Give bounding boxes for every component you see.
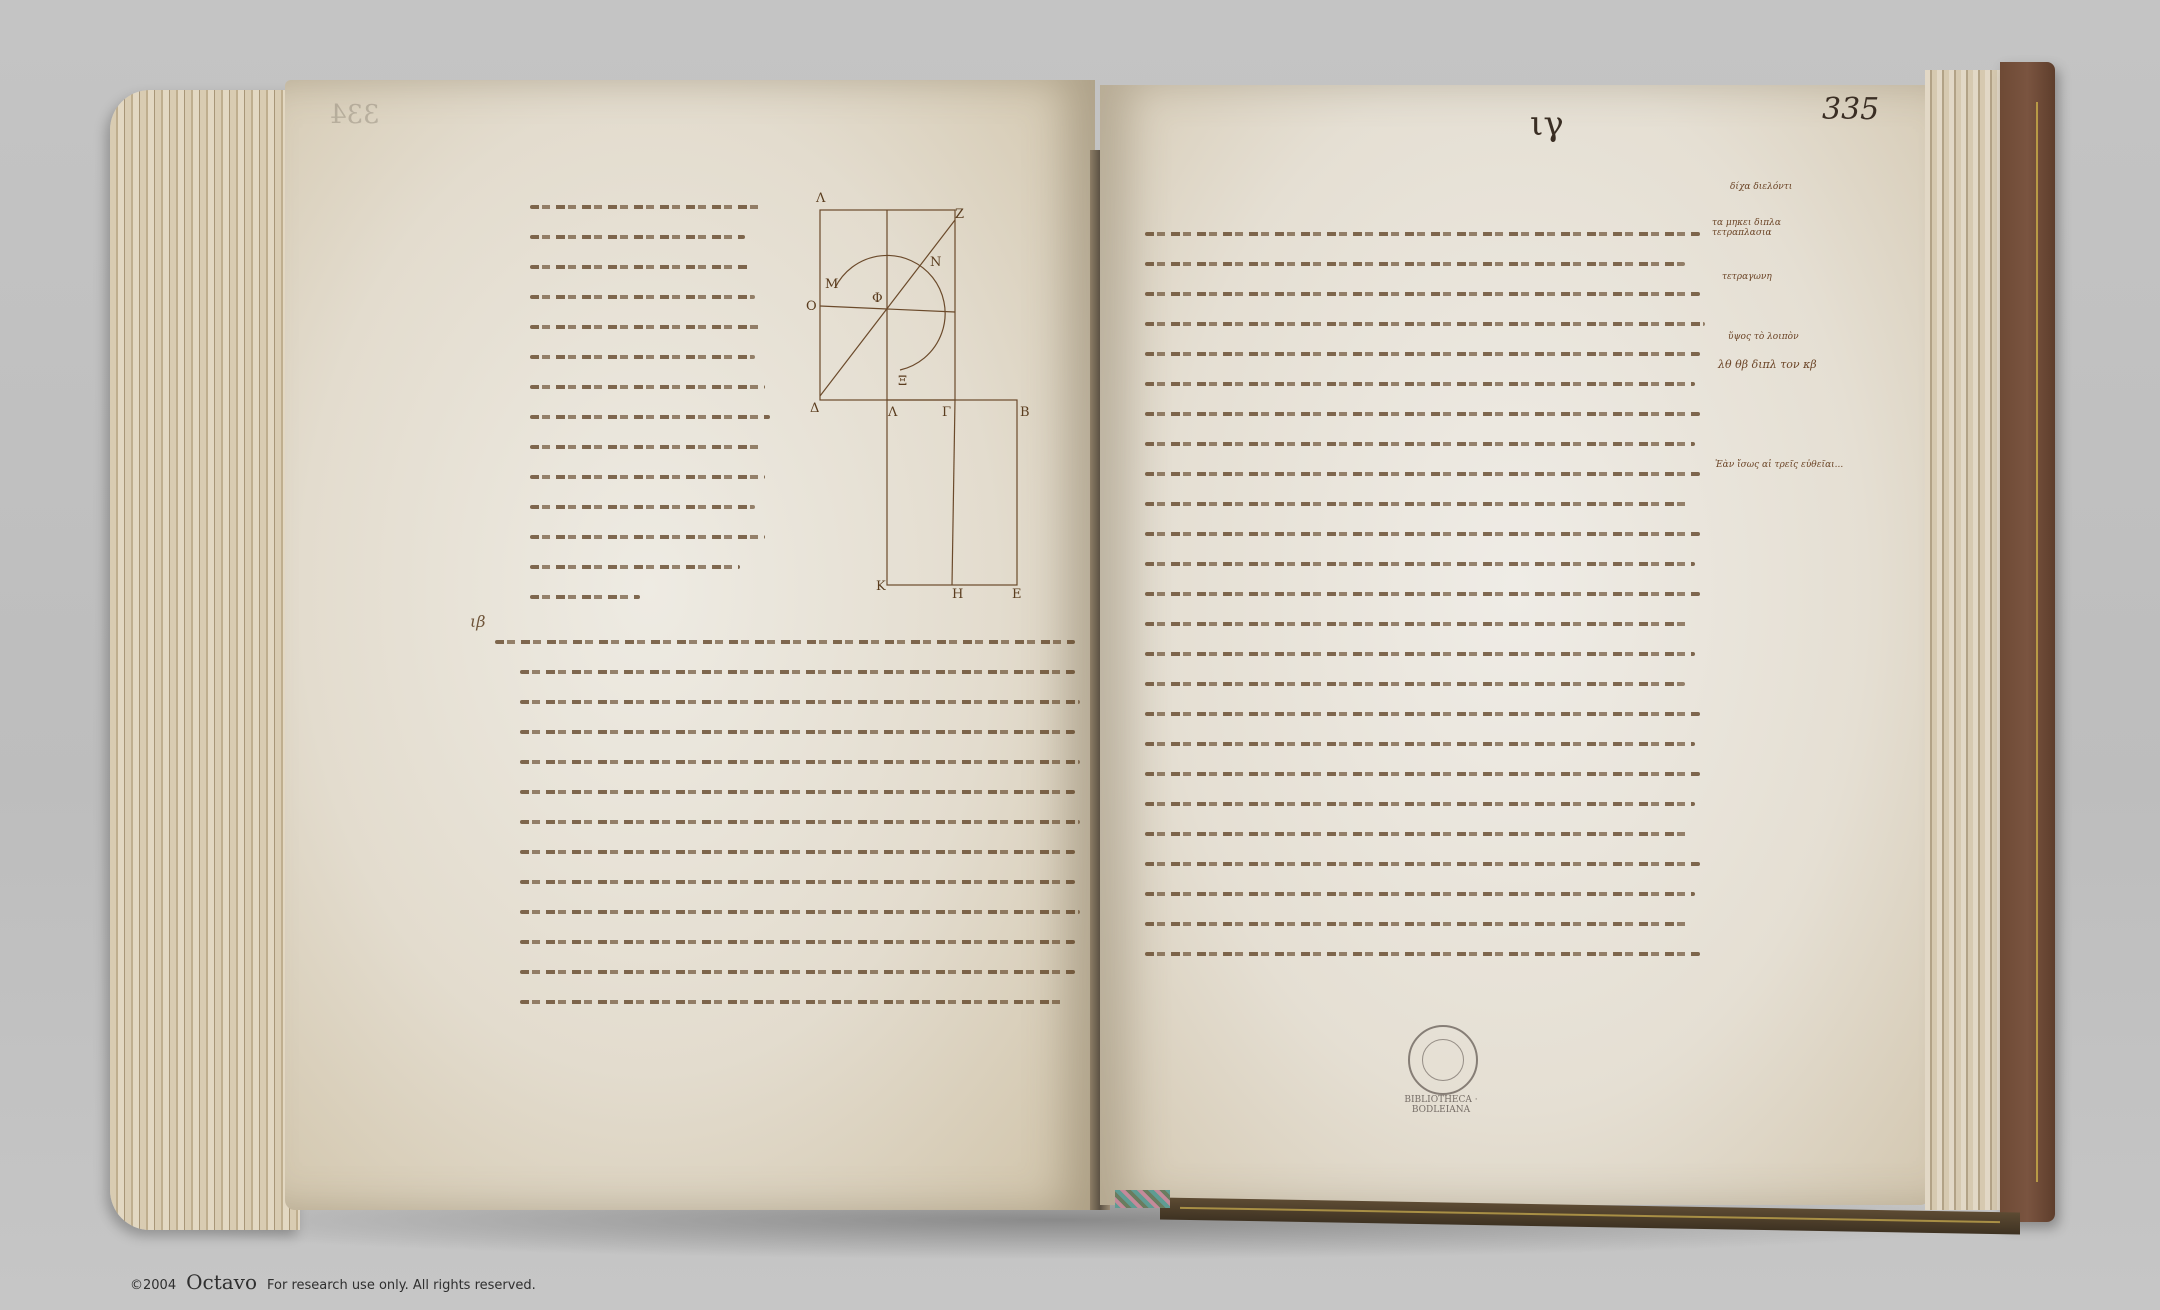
copyright-text: ©2004	[130, 1278, 176, 1293]
library-stamp-text: BIBLIOTHECA · BODLEIANA	[1386, 1095, 1496, 1115]
folio-number: 335	[1822, 92, 1879, 127]
right-page-stack	[1925, 70, 2005, 1210]
paragraph-marker: ιβ	[470, 612, 486, 631]
diagram-label-kappa: Κ	[876, 579, 886, 594]
diagram-label-zeta: Ζ	[955, 207, 964, 222]
margin-note: δίχα διελόντι	[1730, 182, 1792, 192]
margin-note: Ἐὰν ἴσως αἱ τρεῖς εὐθεῖαι...	[1715, 460, 1875, 470]
diagram-label-eta: Η	[952, 587, 963, 600]
diagram-label-beta: Β	[1020, 405, 1030, 420]
diagram-label-lambda-top: Λ	[815, 191, 826, 206]
headband	[1115, 1190, 1170, 1208]
quire-mark: ιγ	[1530, 104, 1564, 144]
diagram-label-mu: Μ	[825, 277, 838, 292]
leather-cover-edge	[2000, 62, 2055, 1222]
right-page	[1100, 85, 1930, 1205]
diagram-label-epsilon: Ε	[1012, 587, 1022, 600]
left-page-stack	[110, 90, 300, 1230]
diagram-label-lambda: Λ	[887, 405, 898, 420]
ghost-page-number: 334	[330, 100, 380, 130]
geometry-diagram: Λ Ζ Μ Ν Ο Φ Ξ Δ Λ Γ Β Κ Η Ε	[780, 180, 1040, 600]
diagram-label-delta: Δ	[810, 401, 819, 416]
margin-note: λθ θβ διπλ τον κβ	[1718, 358, 1918, 371]
margin-note: ὕψος τὸ λοιπὸν	[1728, 332, 1799, 342]
stamp-crest-icon	[1422, 1039, 1464, 1081]
footer: ©2004 Octavo For research use only. All …	[130, 1270, 536, 1294]
diagram-label-phi: Φ	[872, 291, 883, 306]
margin-note: τετραγωνη	[1722, 272, 1772, 282]
library-stamp	[1408, 1025, 1478, 1095]
diagram-label-nu: Ν	[930, 255, 941, 270]
margin-note: τα μηκει διπλα τετραπλασια	[1712, 218, 1832, 238]
diagram-label-gamma: Γ	[942, 405, 951, 420]
diagram-label-omicron: Ο	[806, 299, 817, 314]
rights-note: For research use only. All rights reserv…	[267, 1278, 536, 1293]
diagram-label-xi: Ξ	[898, 374, 907, 389]
brand-name: Octavo	[186, 1270, 257, 1294]
